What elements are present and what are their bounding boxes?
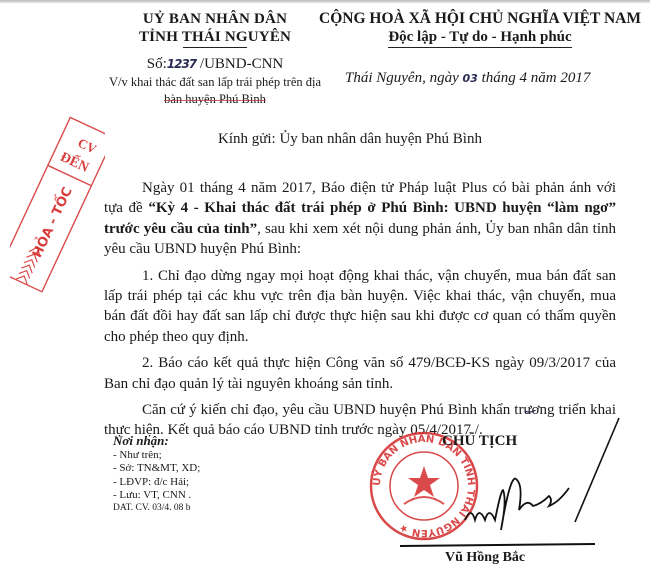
date-day-handwritten: 03 (463, 72, 478, 85)
signer-title: CHỦ TỊCH (442, 433, 517, 450)
date-prefix: Thái Nguyên, ngày (345, 70, 463, 86)
handwritten-signature-icon (395, 410, 645, 560)
motto: Độc lập - Tự do - Hạnh phúc (388, 28, 571, 48)
letter-body: Ngày 01 tháng 4 năm 2017, Báo điện tử Ph… (104, 178, 616, 447)
paragraph-2: 1. Chỉ đạo dừng ngay mọi hoạt động khai … (104, 266, 616, 348)
number-handwritten: 1237 (167, 57, 196, 71)
svg-text:CV: CV (76, 135, 100, 157)
nation-title: CỘNG HOÀ XÃ HỘI CHỦ NGHĨA VIỆT NAM (315, 10, 645, 28)
issuer-underline (183, 47, 247, 48)
recipient-item: - Như trên; (113, 449, 200, 462)
paragraph-1: Ngày 01 tháng 4 năm 2017, Báo điện tử Ph… (104, 178, 616, 260)
issuer-org-line1: UỶ BAN NHÂN DÂN (95, 10, 335, 28)
issue-date: Thái Nguyên, ngày 03 tháng 4 năm 2017 (345, 70, 590, 87)
archive-note: DAT. CV. 03/4. 08 b (113, 502, 200, 515)
subject-line1: V/v khai thác đất san lấp trái phép trên… (95, 75, 335, 90)
signer-name: Vũ Hồng Bắc (445, 550, 525, 566)
subject-line2: bàn huyện Phú Bình (164, 92, 266, 106)
red-strike-mark (164, 100, 266, 101)
national-header: CỘNG HOÀ XÃ HỘI CHỦ NGHĨA VIỆT NAM Độc l… (315, 10, 645, 48)
recipient-line: Kính gửi: Ủy ban nhân dân huyện Phú Bình (218, 131, 482, 148)
recipient-item: - Sở: TN&MT, XD; (113, 462, 200, 475)
document-number: Số:1237 /UBND-CNN (95, 55, 335, 73)
paragraph-3: 2. Báo cáo kết quả thực hiện Công văn số… (104, 353, 616, 394)
scan-top-edge (0, 0, 650, 3)
issuer-header: UỶ BAN NHÂN DÂN TỈNH THÁI NGUYÊN Số:1237… (95, 10, 335, 107)
recipient-item: - Lưu: VT, CNN . (113, 489, 200, 502)
date-suffix: tháng 4 năm 2017 (478, 70, 591, 86)
issuer-org-line2: TỈNH THÁI NGUYÊN (95, 28, 335, 46)
recipient-item: - LĐVP: đ/c Hải; (113, 476, 200, 489)
number-suffix: /UBND-CNN (196, 56, 283, 72)
incoming-document-stamp-icon: CV ĐẾN HỎA - TỐC (10, 115, 105, 295)
recipients-block: Nơi nhận: - Như trên; - Sở: TN&MT, XD; -… (113, 433, 200, 515)
number-prefix: Số: (147, 56, 167, 72)
recipients-title: Nơi nhận: (113, 433, 200, 449)
